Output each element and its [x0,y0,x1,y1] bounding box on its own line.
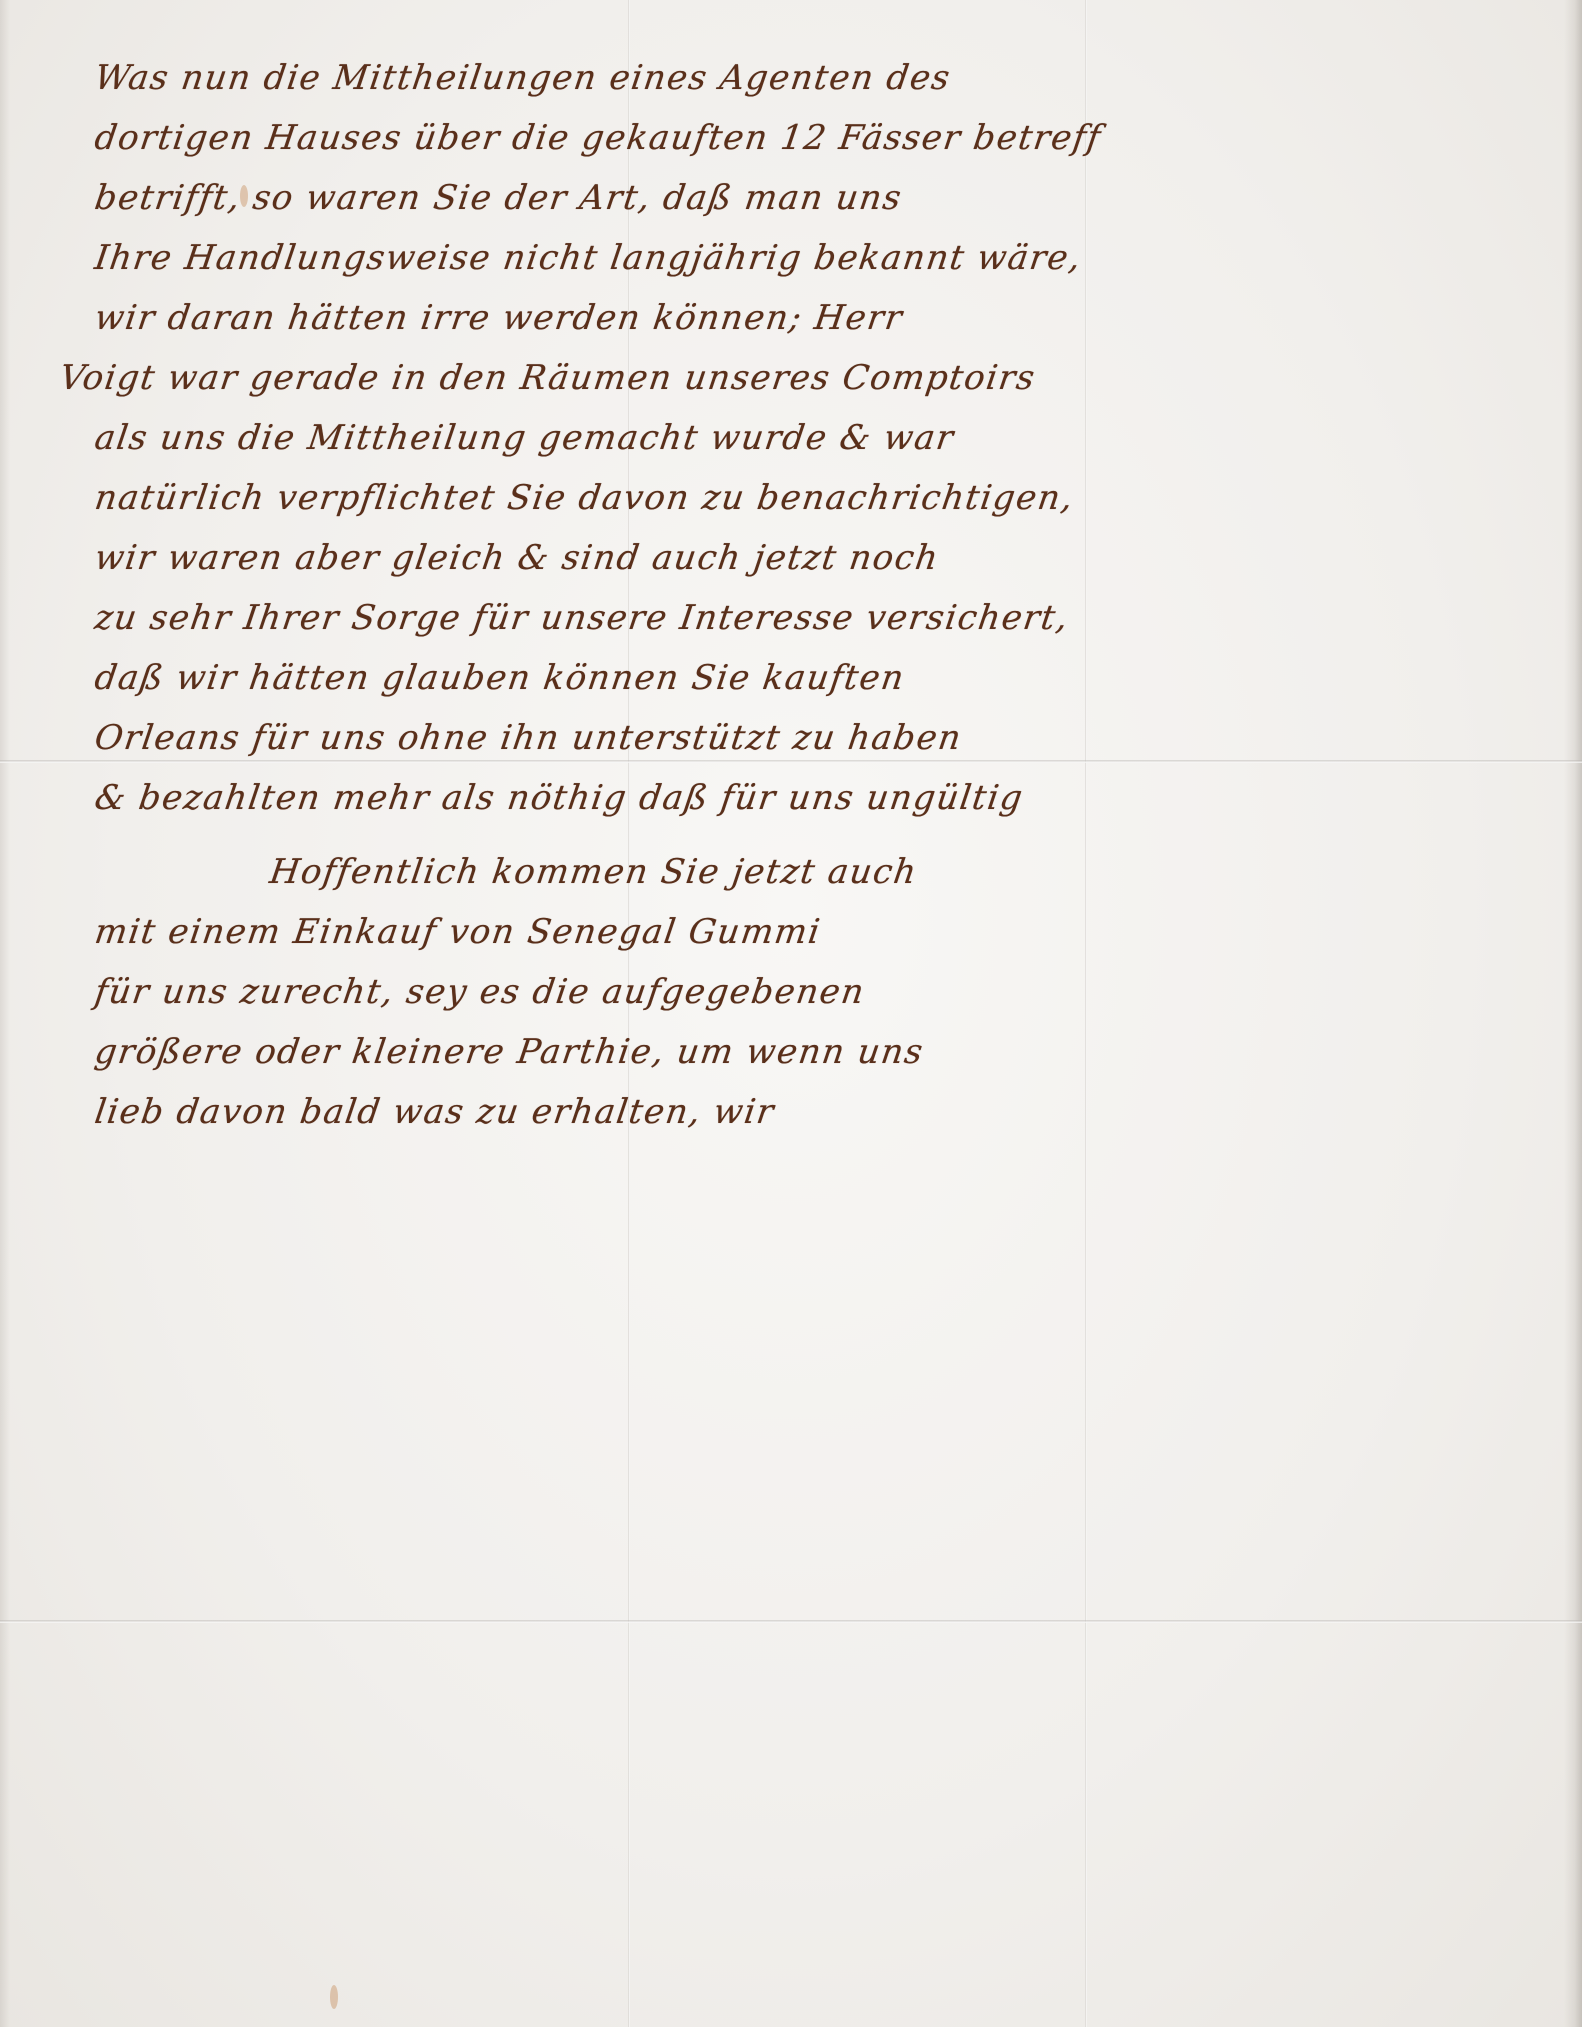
letter-line: für uns zurecht, sey es die aufgegebenen [92,972,867,1012]
letter-line: betrifft, so waren Sie der Art, daß man … [92,178,905,218]
fold-line-vertical-2 [1085,0,1087,2027]
letter-line: Hoffentlich kommen Sie jetzt auch [267,852,920,892]
letter-line: natürlich verpflichtet Sie davon zu bena… [92,478,1076,518]
letter-line: zu sehr Ihrer Sorge für unsere Interesse… [92,598,1071,638]
fold-line-horizontal-2 [0,1620,1582,1623]
letter-line: größere oder kleinere Parthie, um wenn u… [92,1032,926,1072]
letter-line: mit einem Einkauf von Senegal Gummi [92,912,823,952]
letter-line: & bezahlten mehr als nöthig daß für uns … [92,778,1026,818]
letter-line: wir waren aber gleich & sind auch jetzt … [92,538,942,578]
letter-line: daß wir hätten glauben können Sie kaufte… [92,658,907,698]
paper-left-edge [0,0,10,2027]
letter-line: Orleans für uns ohne ihn unterstützt zu … [92,718,964,758]
letter-line: lieb davon bald was zu erhalten, wir [92,1092,777,1132]
fold-line-horizontal-1 [0,760,1582,763]
letter-line: Ihre Handlungsweise nicht langjährig bek… [92,238,1084,278]
letter-line: Was nun die Mittheilungen eines Agenten … [92,58,953,98]
paper-right-edge [1564,0,1582,2027]
letter-line: Voigt war gerade in den Räumen unseres C… [57,358,1038,398]
ink-stain [330,1985,338,2009]
letter-line: dortigen Hauses über die gekauften 12 Fä… [92,118,1104,158]
letter-line: wir daran hätten irre werden können; Her… [92,298,906,338]
letter-line: als uns die Mittheilung gemacht wurde & … [92,418,957,458]
